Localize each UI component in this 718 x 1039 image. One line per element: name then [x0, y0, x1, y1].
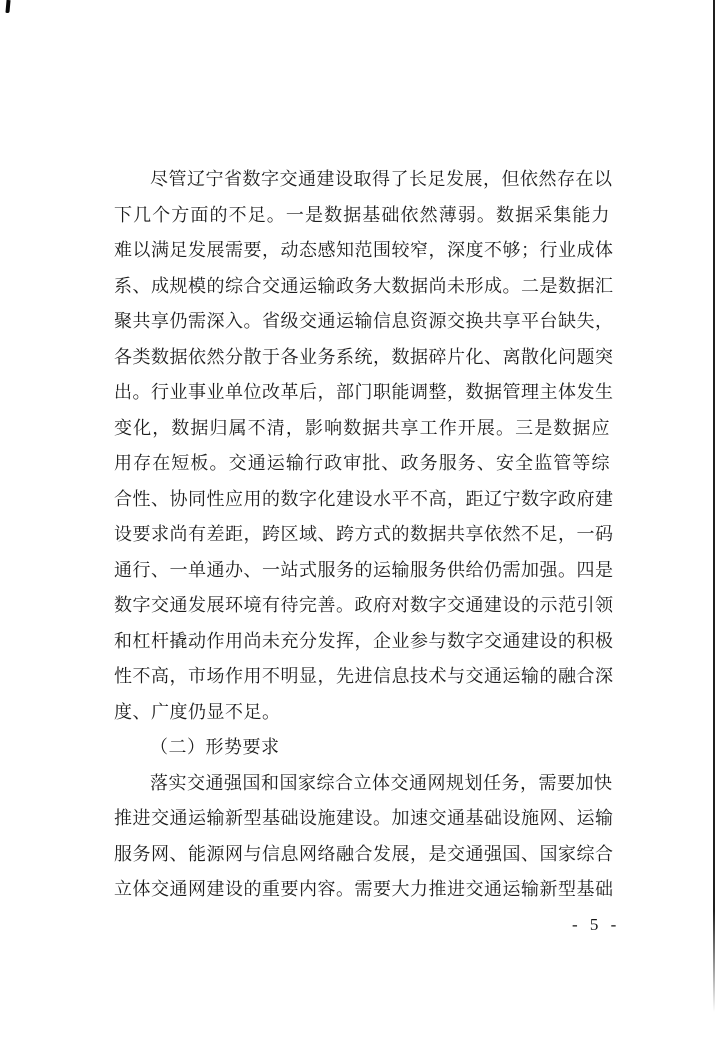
scan-artifact-corner-mark: [5, 0, 10, 13]
paragraph-line: 数字交通发展环境有待完善。政府对数字交通建设的示范引领: [114, 588, 610, 624]
paragraph-line: 出。行业事业单位改革后，部门职能调整，数据管理主体发生: [114, 375, 610, 411]
paragraph-line: 推进交通运输新型基础设施建设。加速交通基础设施网、运输: [114, 801, 610, 837]
paragraph-line: 变化，数据归属不清，影响数据共享工作开展。三是数据应: [114, 411, 610, 447]
paragraph-line: 合性、协同性应用的数字化建设水平不高，距辽宁数字政府建: [114, 482, 610, 518]
paragraph-line: 落实交通强国和国家综合立体交通网规划任务，需要加快: [114, 766, 610, 802]
paragraph-line: 各类数据依然分散于各业务系统，数据碎片化、离散化问题突: [114, 340, 610, 376]
scanned-document-page: 尽管辽宁省数字交通建设取得了长足发展，但依然存在以下几个方面的不足。一是数据基础…: [0, 0, 718, 1039]
section-heading-line: （二）形势要求: [114, 730, 610, 766]
paragraph-line: 服务网、能源网与信息网络融合发展，是交通强国、国家综合: [114, 837, 610, 873]
document-text-block: 尽管辽宁省数字交通建设取得了长足发展，但依然存在以下几个方面的不足。一是数据基础…: [114, 162, 610, 908]
scan-artifact-edge-line: [713, 0, 715, 1012]
paragraph-line: 聚共享仍需深入。省级交通运输信息资源交换共享平台缺失，: [114, 304, 610, 340]
paragraph-line: 设要求尚有差距，跨区域、跨方式的数据共享依然不足，一码: [114, 517, 610, 553]
paragraph-line: 立体交通网建设的重要内容。需要大力推进交通运输新型基础: [114, 872, 610, 908]
paragraph-line: 度、广度仍显不足。: [114, 695, 610, 731]
paragraph-line: 系、成规模的综合交通运输政务大数据尚未形成。二是数据汇: [114, 269, 610, 305]
paragraph-line: 和杠杆撬动作用尚未充分发挥，企业参与数字交通建设的积极: [114, 624, 610, 660]
paragraph-line: 尽管辽宁省数字交通建设取得了长足发展，但依然存在以: [114, 162, 610, 198]
paragraph-line: 难以满足发展需要，动态感知范围较窄，深度不够；行业成体: [114, 233, 610, 269]
paragraph-line: 性不高，市场作用不明显，先进信息技术与交通运输的融合深: [114, 659, 610, 695]
paragraph-line: 用存在短板。交通运输行政审批、政务服务、安全监管等综: [114, 446, 610, 482]
paragraph-line: 通行、一单通办、一站式服务的运输服务供给仍需加强。四是: [114, 553, 610, 589]
page-number: - 5 -: [572, 915, 620, 935]
paragraph-line: 下几个方面的不足。一是数据基础依然薄弱。数据采集能力: [114, 198, 610, 234]
